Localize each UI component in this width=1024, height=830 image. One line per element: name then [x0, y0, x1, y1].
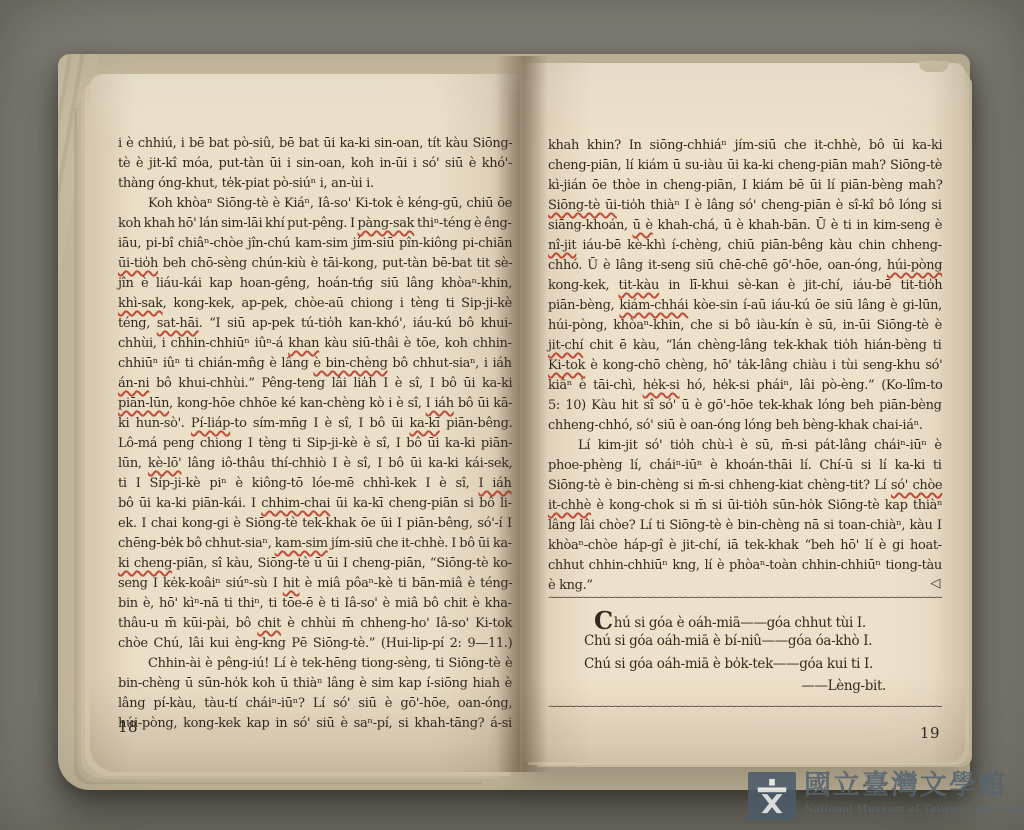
text-line: bin-chèng ū sūn-ho̍k koh ū thiàⁿ lâng è … [118, 674, 512, 694]
museum-name: 國立臺灣文學館 National Museum of Taiwan Litera… [804, 764, 1024, 815]
text-line: chheng-chhó, só' siū è oan-óng lóng beh … [548, 416, 942, 436]
text-line: iāu, pi-bî chiâⁿ-chòe jîn-chú kam-sim jí… [118, 234, 512, 254]
text-line: i è chhiú, i bē bat pò-siû, bē bat ūi ka… [118, 134, 512, 154]
text-line: thàng óng-khut, te̍k-piat pò-siúⁿ i, an-… [118, 174, 512, 194]
right-page: khah khin? In siōng-chhiáⁿ jím-siū che i… [520, 63, 965, 762]
page-number-left: 18 [118, 718, 138, 736]
museum-logo-icon [748, 772, 796, 820]
text-line: khòaⁿ-chòe háp-gî è jit-chí, iā tek-khak… [548, 536, 942, 556]
text-line: piān-lūn, kong-hōe chhōe ké kan-chèng kò… [118, 394, 512, 414]
text-line: tè è jit-kî móa, put-tàn ūi i sin-oan, k… [118, 154, 512, 174]
text-line: piān-bèng, kiám-chhái kòe-sin í-aū iáu-k… [548, 296, 942, 316]
text-line: siāng-khoán, ū è khah-chá, ū è khah-bān.… [548, 216, 942, 236]
hymn-line: Chú si góa è oáh-miā——góa chhut tùi I. [594, 607, 942, 630]
museum-watermark: 國立臺灣文學館 National Museum of Taiwan Litera… [748, 764, 1024, 828]
text-line: chhut chhin-chhiūⁿ kng, lí è phòaⁿ-toàn … [548, 556, 942, 576]
left-page-text: i è chhiú, i bē bat pò-siû, bē bat ūi ka… [118, 134, 512, 774]
text-line: kong-kek, tit-kàu in lī-khui sè-kan è ji… [548, 276, 942, 296]
text-line: khì-sak, kong-kek, ap-pek, chòe-aū chion… [118, 294, 512, 314]
text-line: chēng-be̍k bô chhut-siaⁿ, kam-sim jím-si… [118, 534, 512, 554]
hymn-lines: Chú si góa è oáh-miā——góa chhut tùi I.Ch… [548, 607, 942, 676]
text-line: húi-pòng, kong-kek kap in só' siū è saⁿ-… [118, 714, 512, 734]
text-line: húi-pòng, khòaⁿ-khin, che si bô iàu-kín … [548, 316, 942, 336]
text-line: 5: 10) Kàu hit sî só' ū è gō'-hōe tek-kh… [548, 396, 942, 416]
text-line: bô ūi ka-ki piān-kái. I chhim-chai ūi ka… [118, 494, 512, 514]
text-line: ek. I chai kong-gi è Siōng-tè tek-khak ō… [118, 514, 512, 534]
text-line: Lô-má peng chiong I tèng ti Sip-ji-kè è … [118, 434, 512, 454]
text-line: nî-jit iáu-bē kè-khì í-chèng, chiū piān-… [548, 236, 942, 256]
text-line: it-chhè è kong-chok si m̄ si ūi-tio̍h sū… [548, 496, 942, 516]
right-page-text: khah khin? In siōng-chhiáⁿ jím-siū che i… [548, 136, 942, 796]
text-line: Siōng-tè è bin-chèng si m̄-si chheng-kia… [548, 476, 942, 496]
text-line: bin è, hō' kìⁿ-nā ti thiⁿ, ti tōe-ē è ti… [118, 594, 512, 614]
text-line: Chhin-ài è pêng-iú! Lí è tek-hēng tiong-… [118, 654, 512, 674]
text-line: ki hun-sò'. Pí-liáp-to sím-mn̄g I è sî, … [118, 414, 512, 434]
text-line: lâng lâi chòe? Lí ti Siōng-tè è bin-chèn… [548, 516, 942, 536]
hymn-section: ~~~~~~~~~~~~~~~~~~~~~~~~~~~~~~~~~~~~~~~~… [548, 588, 942, 713]
text-line: kì-jián ōe thòe in cheng-piān, I kiám bē… [548, 176, 942, 196]
museum-name-en: National Museum of Taiwan Literature [804, 803, 1024, 815]
text-line: chhó. Ū è lâng it-seng siū chē-chē gō'-h… [548, 256, 942, 276]
text-line: chhùi, i chhin-chhiūⁿ iûⁿ-á khan kàu siū… [118, 334, 512, 354]
museum-name-cjk: 國立臺灣文學館 [804, 770, 1024, 802]
text-line: cheng-piān, lí kiám ū su-iàu ūi ka-ki ch… [548, 156, 942, 176]
drop-cap: C [594, 609, 613, 632]
text-line: lūn, kè-lō' lâng iô-thâu thí-chhiò I è s… [118, 454, 512, 474]
hymn-line: Chú si góa oáh-miā è bí-niû——góa óa-khò … [584, 630, 942, 653]
page-number-right: 19 [920, 724, 940, 742]
wavy-divider-bottom: ~~~~~~~~~~~~~~~~~~~~~~~~~~~~~~~~~~~~~~~~… [548, 699, 942, 711]
wavy-divider-top: ~~~~~~~~~~~~~~~~~~~~~~~~~~~~~~~~~~~~~~~~… [548, 590, 942, 602]
text-line: Siōng-tè ūi-tio̍h thiàⁿ I è lâng só' che… [548, 196, 942, 216]
hymn-line: Chú si góa oáh-miā è bo̍k-tek——góa kui t… [584, 653, 942, 676]
text-line: ūi-tio̍h beh chō-sèng chún-kiù è tāi-kon… [118, 254, 512, 274]
text-line: lâng pí-kàu, tàu-tí cháiⁿ-iūⁿ? Lí só' si… [118, 694, 512, 714]
text-line: Lí kim-jit só' tio̍h chù-ì è sū, m̄-si p… [548, 436, 942, 456]
text-line: Koh khòaⁿ Siōng-tè è Kiáⁿ, Iâ-so' Ki-tok… [118, 194, 512, 214]
text-line: phoe-phèng lí, cháiⁿ-iūⁿ è khoán-thāi lí… [548, 456, 942, 476]
page-corner-chip [919, 61, 949, 72]
text-line: thâu-u m̄ kūi-pài, bô chit è chhùi m̄ ch… [118, 614, 512, 634]
stylized-wen-glyph-icon [753, 777, 791, 815]
text-line: Ki-tok è kong-chō chèng, hō' ta̍k-lâng c… [548, 356, 942, 376]
text-line: ti I Síp-ji-kè piⁿ è kiông-tō lóe-mē chh… [118, 474, 512, 494]
right-page-lines: khah khin? In siōng-chhiáⁿ jím-siū che i… [548, 136, 942, 596]
text-line: téng, sat-hāi. “I siū ap-pek tú-tio̍h ka… [118, 314, 512, 334]
text-line: án-ni bô khui-chhùi.” Pêng-teng lâi lia̍… [118, 374, 512, 394]
text-line: chòe Chú, lâi kui èng-kng Pē Siōng-tè.” … [118, 634, 512, 654]
text-line: ki cheng-piān, sî kàu, Siōng-tè ū ūi I c… [118, 554, 512, 574]
hymn-attribution: ——Lèng-bit. [548, 676, 942, 697]
text-line: kiâⁿ è tāi-chì, he̍k-si hó, he̍k-si phái… [548, 376, 942, 396]
left-page: i è chhiú, i bē bat pò-siû, bē bat ūi ka… [90, 74, 520, 772]
text-line: jîn è liáu-kái kap hoan-gêng, hoán-tńg s… [118, 274, 512, 294]
text-line: seng I ke̍k-koâiⁿ siúⁿ-sù I hit è miâ pô… [118, 574, 512, 594]
text-line: khah khin? In siōng-chhiáⁿ jím-siū che i… [548, 136, 942, 156]
text-line: jit-chí chit ē kàu, “lán chèng-lâng tek-… [548, 336, 942, 356]
text-line: chhiūⁿ iûⁿ ti chián-mn̂g è lâng è bin-ch… [118, 354, 512, 374]
text-line: koh khah hō' lán sim-lāi khí put-pêng. I… [118, 214, 512, 234]
